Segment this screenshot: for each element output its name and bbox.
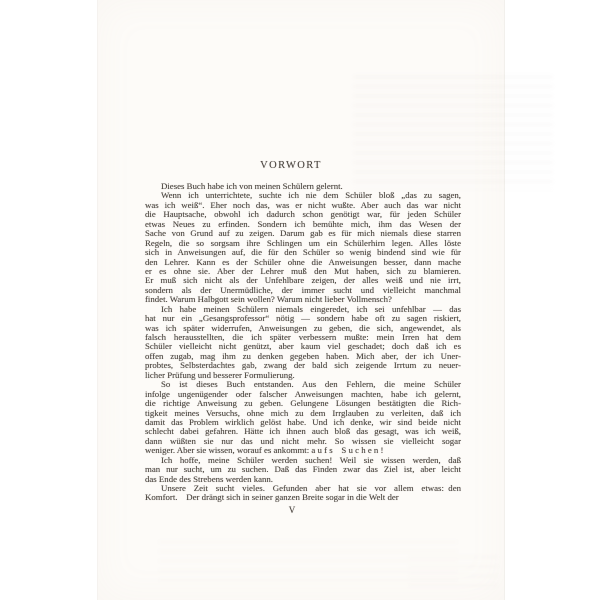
text-body: Dieses Buch habe ich von meinen Schülern…: [145, 182, 461, 503]
text-line: Komfort. Der drängt sich in seiner ganze…: [145, 493, 461, 502]
paragraph: Ich habe meinen Schülern niemals eingere…: [145, 305, 461, 381]
page-number: V: [134, 505, 450, 515]
paragraph: So ist dieses Buch entstanden. Aus den F…: [145, 380, 461, 456]
page-showthrough-ghosting: [158, 540, 458, 585]
page-showthrough-ghosting: [353, 75, 553, 190]
book-page: VORWORT Dieses Buch habe ich von meinen …: [97, 0, 505, 600]
page-showthrough-ghosting: [408, 555, 498, 590]
paragraph: Unsere Zeit sucht vieles. Gefunden aber …: [145, 484, 461, 503]
scan-background: VORWORT Dieses Buch habe ich von meinen …: [0, 0, 600, 600]
paragraph: Ich hoffe, meine Schüler werden suchen! …: [145, 456, 461, 484]
paragraph: Wenn ich unterrichtete, suchte ich nie d…: [145, 191, 461, 304]
page-title: VORWORT: [133, 160, 449, 171]
